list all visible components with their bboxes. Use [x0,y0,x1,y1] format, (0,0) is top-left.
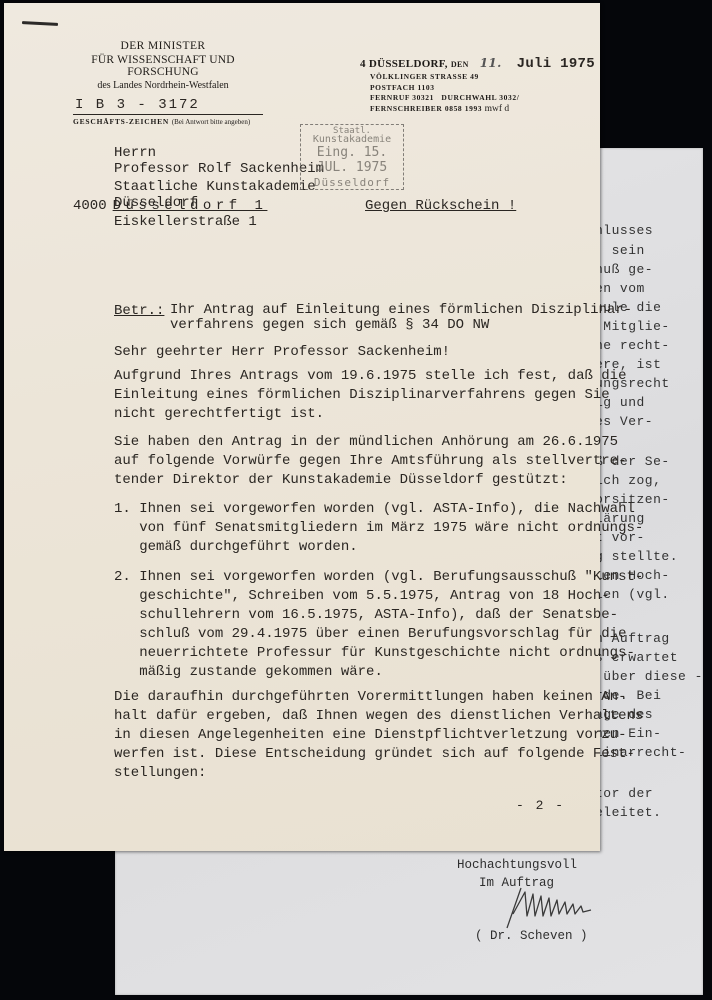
sender-phone: FERNRUF 30321 DURCHWAHL 3032/ [370,93,595,104]
handwritten-day: 11. [480,56,502,70]
recipient-postal-city: 4000Düsseldorf 1 [73,198,267,214]
sender-postbox: POSTFACH 1103 [370,83,595,94]
recipient-institution: Staatliche Kunstakademie [114,180,324,196]
date-line: 4 DÜSSELDORF, DEN 11. Juli 1975 [360,56,595,72]
greeting: Sehr geehrter Herr Professor Sackenheim! [114,343,450,362]
recipient-salutation: Herrn [114,146,324,162]
received-stamp: Staatl. Kunstakademie Eing. 15. JUL. 197… [300,124,404,190]
sender-address: 4 DÜSSELDORF, DEN 11. Juli 1975 VÖLKLING… [360,56,595,114]
typed-date: Juli 1975 [517,56,595,72]
back-page-line: tor der [595,786,653,801]
subject-text: Ihr Antrag auf Einleitung eines förmlich… [170,303,632,333]
recipient-street: Eiskellerstraße 1 [114,214,257,230]
recipient-postcode: 4000 [73,198,107,214]
recipient-name: Professor Rolf Sackenheim [114,162,324,178]
reference-number: I B 3 - 3172 [73,97,263,115]
letterhead-ministry: FÜR WISSENSCHAFT UND FORSCHUNG [58,54,268,78]
front-page-letter: DER MINISTER FÜR WISSENSCHAFT UND FORSCH… [4,3,600,851]
page-number: - 2 - [516,798,565,813]
sender-telex: FERNSCHREIBER 0858 1993 mwf d [370,104,595,115]
delivery-note: Gegen Rückschein ! [365,198,516,214]
paragraph-decision: Aufgrund Ihres Antrags vom 19.6.1975 ste… [114,367,626,424]
reference-note: (Bei Antwort bitte angeben) [172,118,250,126]
list-item-2: 2. Ihnen sei vorgeworfen worden (vgl. Be… [114,568,643,682]
handwritten-signature [503,884,603,930]
reference-block: I B 3 - 3172 GESCHÄFTS-ZEICHEN (Bei Antw… [73,97,263,126]
letterhead-title: DER MINISTER [58,40,268,52]
filing-mark [22,21,58,26]
back-page-line: huß ge- [595,262,653,277]
paragraph-findings: Die daraufhin durchgeführten Vorermittlu… [114,688,643,783]
back-page-line: ne recht- [595,338,670,353]
letterhead: DER MINISTER FÜR WISSENSCHAFT UND FORSCH… [58,40,268,91]
paragraph-hearing: Sie haben den Antrag in der mündlichen A… [114,433,626,490]
back-page-line: , sein [595,243,645,258]
back-page-line: en vom [595,281,645,296]
back-page-line: eleitet. [595,805,661,820]
sender-street: VÖLKLINGER STRASSE 49 [370,72,595,83]
back-page-line: hlusses [595,223,653,238]
subject-label: Betr.: [114,303,164,319]
list-item-1: 1. Ihnen sei vorgeworfen worden (vgl. AS… [114,500,643,557]
closing-salutation: Hochachtungsvoll [457,858,577,872]
reference-label: GESCHÄFTS-ZEICHEN (Bei Antwort bitte ang… [73,117,263,126]
recipient-city-spaced: Düsseldorf 1 [113,198,268,214]
closing-signatory: ( Dr. Scheven ) [475,929,588,943]
letterhead-state: des Landes Nordrhein-Westfalen [58,80,268,91]
